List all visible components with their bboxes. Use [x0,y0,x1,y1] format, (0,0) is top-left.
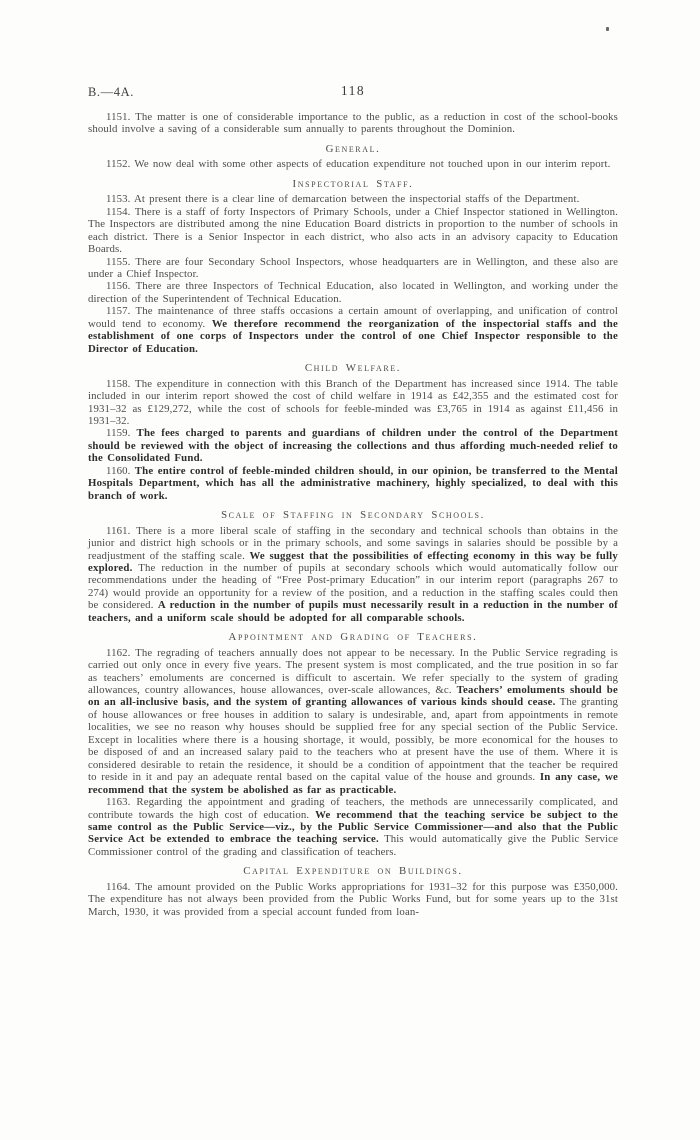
scanned-page: B.—4A. 118 1151. The matter is one of co… [0,0,700,1140]
document-body: 1151. The matter is one of considerable … [88,111,618,918]
paragraph: 1155. There are four Secondary School In… [88,256,618,281]
page-number: 118 [88,83,618,99]
paragraph: 1161. There is a more liberal scale of s… [88,525,618,625]
scan-speck [606,27,609,31]
section-heading: Inspectorial Staff. [88,178,618,190]
paragraph: 1163. Regarding the appointment and grad… [88,796,618,858]
section-heading: General. [88,143,618,155]
paragraph: 1164. The amount provided on the Public … [88,881,618,918]
section-heading: Scale of Staffing in Secondary Schools. [88,509,618,521]
section-heading: Capital Expenditure on Buildings. [88,865,618,877]
paragraph: 1160. The entire control of feeble-minde… [88,465,618,502]
section-heading: Child Welfare. [88,362,618,374]
paragraph: 1162. The regrading of teachers annually… [88,647,618,796]
paragraph: 1157. The maintenance of three staffs oc… [88,305,618,355]
paragraph: 1159. The fees charged to parents and gu… [88,427,618,464]
paragraph: 1151. The matter is one of considerable … [88,111,618,136]
paragraph: 1153. At present there is a clear line o… [88,193,618,205]
paragraph: 1152. We now deal with some other aspect… [88,158,618,170]
paragraph: 1154. There is a staff of forty Inspecto… [88,206,618,256]
paragraph: 1158. The expenditure in connection with… [88,378,618,428]
section-heading: Appointment and Grading of Teachers. [88,631,618,643]
paragraph: 1156. There are three Inspectors of Tech… [88,280,618,305]
